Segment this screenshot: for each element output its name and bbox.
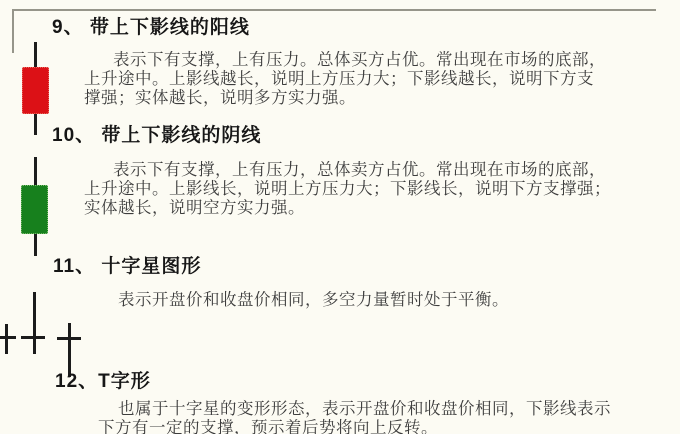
section-12-title: 12、T字形 <box>55 366 151 393</box>
slide-page: 9、 带上下影线的阳线 表示下有支撑，上有压力。总体买方占优。常出现在市场的底部… <box>0 0 680 434</box>
slide-border-left <box>12 9 14 53</box>
section-10-paragraph: 表示下有支撑，上有压力，总体卖方占优。常出现在市场的底部， 上升途中。上影线长，… <box>84 161 611 218</box>
section-9-title: 9、 带上下影线的阳线 <box>52 12 250 39</box>
text-line: 表示下有支撑，上有压力，总体卖方占优。常出现在市场的底部， <box>84 161 611 180</box>
section-11-paragraph: 表示开盘价和收盘价相同，多空力量暂时处于平衡。 <box>86 291 509 310</box>
green-candle-body-icon <box>21 185 48 234</box>
text-line: 上升途中。上影线长，说明上方压力大；下影线长，说明下方支撑强； <box>84 180 611 199</box>
doji-cross-icon <box>21 336 45 339</box>
doji-cross-icon <box>57 337 81 340</box>
section-11-title: 11、 十字星图形 <box>53 251 201 278</box>
section-10-title: 10、 带上下影线的阴线 <box>52 120 261 147</box>
slide-border-top <box>12 9 656 11</box>
text-line: 也属于十字星的变形形态，表示开盘价和收盘价相同，下影线表示 <box>98 400 611 419</box>
section-9-paragraph: 表示下有支撑，上有压力。总体买方占优。常出现在市场的底部， 上升途中。上影线越长… <box>84 51 606 108</box>
text-line: 表示开盘价和收盘价相同，多空力量暂时处于平衡。 <box>86 291 509 310</box>
section-12-paragraph: 也属于十字星的变形形态，表示开盘价和收盘价相同，下影线表示 下方有一定的支撑，预… <box>98 400 611 434</box>
text-line: 实体越长，说明空方实力强。 <box>84 199 611 218</box>
text-line: 表示下有支撑，上有压力。总体买方占优。常出现在市场的底部， <box>84 51 606 70</box>
doji-cross-icon <box>33 292 36 354</box>
doji-cross-icon <box>0 336 16 339</box>
text-line: 下方有一定的支撑，预示着后势将向上反转。 <box>98 419 611 434</box>
text-line: 上升途中。上影线越长，说明上方压力大；下影线越长，说明下方支 <box>84 70 606 89</box>
text-line: 撑强；实体越长，说明多方实力强。 <box>84 89 606 108</box>
red-candle-body-icon <box>22 67 49 114</box>
doji-cross-icon <box>5 324 8 354</box>
